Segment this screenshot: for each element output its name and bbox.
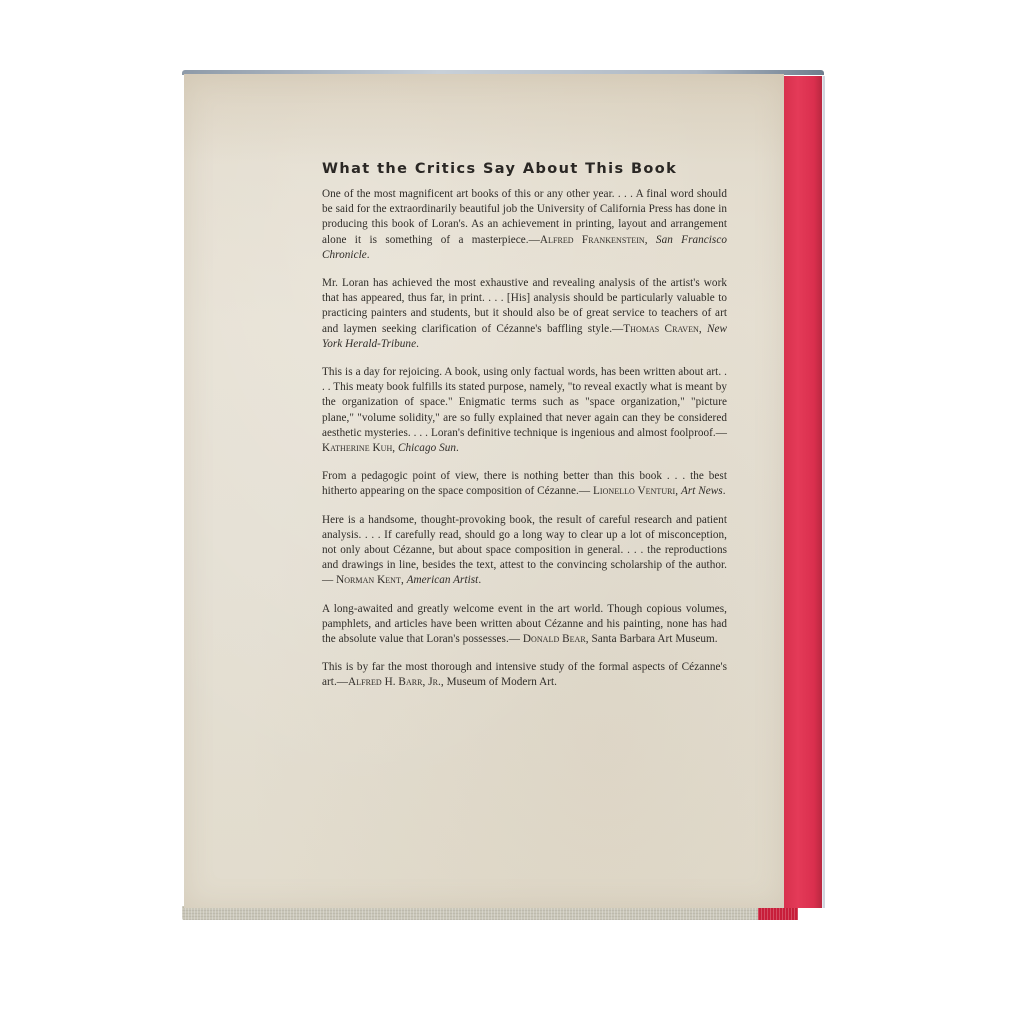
publication: Art News [681,485,723,497]
dust-jacket: What the Critics Say About This Book One… [184,74,784,908]
critic-name: Thomas Craven [623,323,699,335]
critic-name: Alfred Frankenstein [540,234,645,246]
book-back-cover: What the Critics Say About This Book One… [182,70,824,924]
critic-name: Katherine Kuh [322,442,392,454]
affiliation: Santa Barbara Art Museum. [591,633,717,645]
publication: American Artist [407,574,479,586]
affiliation: Museum of Modern Art. [447,676,557,688]
review: Mr. Loran has achieved the most exhausti… [322,276,727,352]
review: This is a day for rejoicing. A book, usi… [322,365,727,456]
section-heading: What the Critics Say About This Book [322,161,727,177]
critics-section: What the Critics Say About This Book One… [322,161,727,704]
review-quote: This is a day for rejoicing. A book, usi… [322,366,727,439]
critic-name: Donald Bear [523,633,586,645]
cloth-binding-edge [182,906,782,920]
critic-name: Lionello Venturi [593,485,675,497]
review: One of the most magnificent art books of… [322,187,727,263]
critic-name: Norman Kent [336,574,401,586]
red-spine-band [782,76,824,908]
publication: Chicago Sun [398,442,456,454]
cloth-binding-red-edge [758,906,798,920]
review: This is by far the most thorough and int… [322,660,727,690]
critic-name: Alfred H. Barr, Jr. [348,676,441,688]
review: Here is a handsome, thought-provoking bo… [322,513,727,589]
review: A long-awaited and greatly welcome event… [322,602,727,648]
review: From a pedagogic point of view, there is… [322,469,727,499]
